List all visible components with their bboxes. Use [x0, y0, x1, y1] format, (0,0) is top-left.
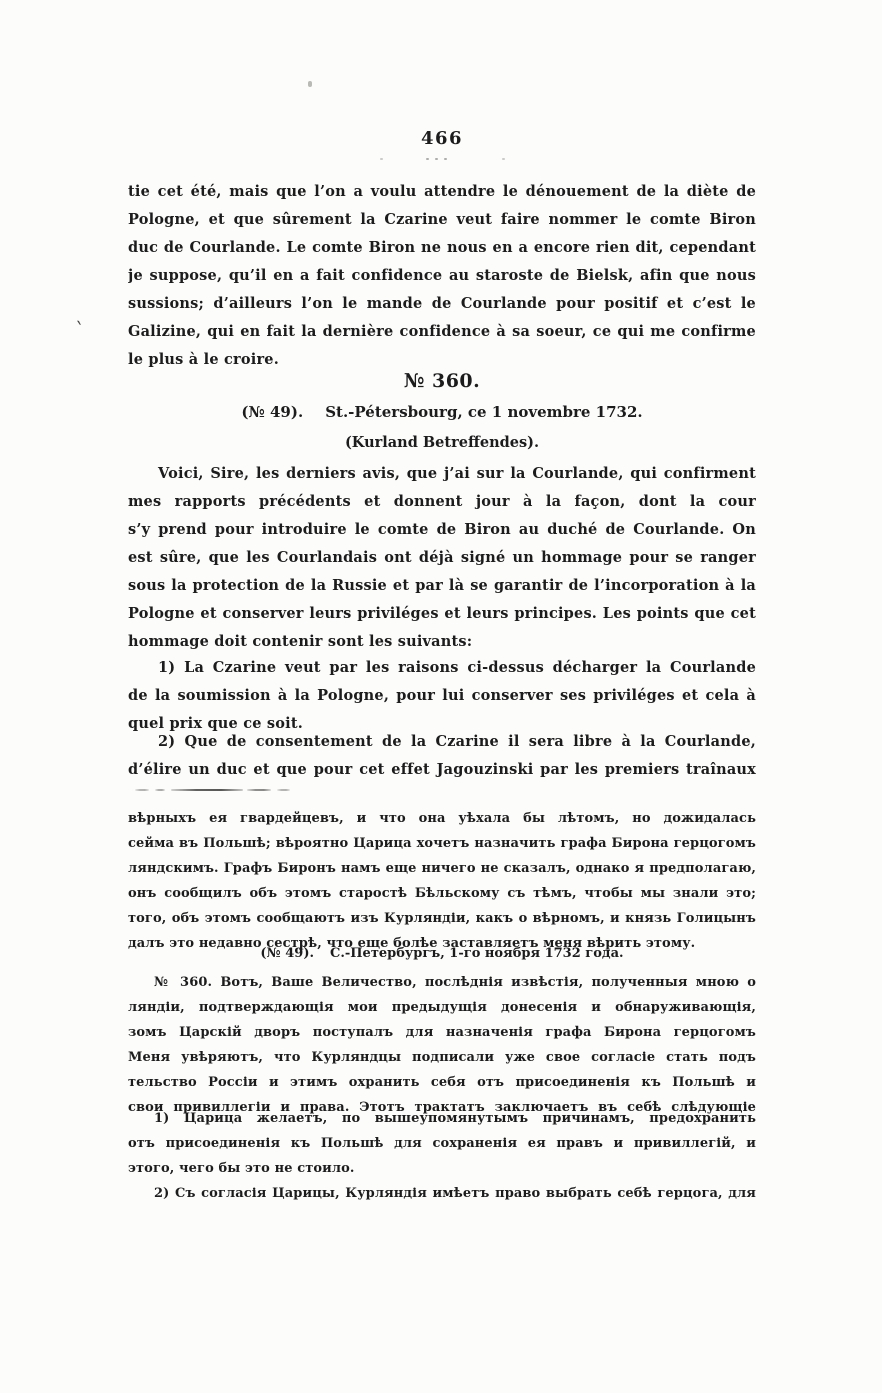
dispatch-ref-russian: (№ 49).	[260, 946, 314, 961]
text-line: сейма въ Польшѣ; вѣроятно Царица хочетъ …	[128, 831, 756, 856]
dateline-french: (№ 49). St.-Pétersbourg, ce 1 novembre 1…	[128, 403, 756, 421]
numbered-point-2-russian: 2) Съ согласія Царицы, Курляндія имѣетъ …	[128, 1181, 756, 1206]
text-line: sussions; d’ailleurs l’on le mande de Co…	[128, 290, 756, 318]
text-line: того, объ этомъ сообщаютъ изъ Курляндіи,…	[128, 906, 756, 931]
text-line: Меня увѣряютъ, что Курляндцы подписали у…	[128, 1045, 756, 1070]
text-line: отъ присоединенія къ Польшѣ для сохранен…	[128, 1131, 756, 1156]
page-number: 466	[128, 128, 756, 149]
text-line: je suppose, qu’il en a fait confidence a…	[128, 262, 756, 290]
header-rule-artifact	[128, 158, 756, 162]
footnote-separator-rule	[135, 788, 290, 791]
numbered-point-1-russian: 1) Царица желаетъ, по вышеупомянутымъ пр…	[128, 1106, 756, 1181]
dispatch-ref: (№ 49).	[241, 403, 303, 421]
text-line: tie cet été, mais que l’on a voulu atten…	[128, 178, 756, 206]
text-line: 1) La Czarine veut par les raisons ci-de…	[128, 654, 756, 682]
text-line: ляндскимъ. Графъ Биронъ намъ еще ничего …	[128, 856, 756, 881]
text-line: Galizine, qui en fait la dernière confid…	[128, 318, 756, 346]
dispatch-place-date: St.-Pétersbourg, ce 1 novembre 1732.	[325, 403, 642, 421]
footnote-continuation-russian: вѣрныхъ ея гвардейцевъ, и что она уѣхала…	[128, 806, 756, 956]
text-line: Pologne et conserver leurs priviléges et…	[128, 600, 756, 628]
text-line: Voici, Sire, les derniers avis, que j’ai…	[128, 460, 756, 488]
text-line: зомъ Царскій дворъ поступалъ для назначе…	[128, 1020, 756, 1045]
text-line: s’y prend pour introduire le comte de Bi…	[128, 516, 756, 544]
text-line: № 360. Вотъ, Ваше Величество, послѣднія …	[128, 970, 756, 995]
entry-number-heading: № 360.	[128, 370, 756, 392]
text-line: mes rapports précédents et donnent jour …	[128, 488, 756, 516]
text-line: hommage doit contenir sont les suivants:	[128, 628, 756, 656]
text-line: sous la protection de la Russie et par l…	[128, 572, 756, 600]
dateline-russian: (№ 49). С.-Петербургъ, 1-го ноября 1732 …	[128, 946, 756, 961]
footnote-intro-russian: № 360. Вотъ, Ваше Величество, послѣднія …	[128, 970, 756, 1120]
text-line: 2) Съ согласія Царицы, Курляндія имѣетъ …	[128, 1181, 756, 1206]
text-line: 1) Царица желаетъ, по вышеупомянутымъ пр…	[128, 1106, 756, 1131]
text-line: онъ сообщилъ объ этомъ старостѣ Бѣльском…	[128, 881, 756, 906]
scan-artifact-tick: `	[72, 317, 85, 342]
numbered-point-2-french: 2) Que de consentement de la Czarine il …	[128, 728, 756, 784]
scanned-book-page: 466 ` tie cet été, mais que l’on a voulu…	[0, 0, 882, 1393]
text-line: de la soumission à la Pologne, pour lui …	[128, 682, 756, 710]
text-line: 2) Que de consentement de la Czarine il …	[128, 728, 756, 756]
subject-line: (Kurland Betreffendes).	[128, 434, 756, 451]
text-line: ляндіи, подтверждающія мои предыдущія до…	[128, 995, 756, 1020]
text-line: duc de Courlande. Le comte Biron ne nous…	[128, 234, 756, 262]
scan-artifact-dot	[308, 81, 312, 87]
paragraph-continuation-french: tie cet été, mais que l’on a voulu atten…	[128, 178, 756, 374]
text-line: d’élire un duc et que pour cet effet Jag…	[128, 756, 756, 784]
paragraph-intro-french: Voici, Sire, les derniers avis, que j’ai…	[128, 460, 756, 656]
numbered-point-1-french: 1) La Czarine veut par les raisons ci-de…	[128, 654, 756, 738]
text-line: est sûre, que les Courlandais ont déjà s…	[128, 544, 756, 572]
text-line: тельство Россіи и этимъ охранить себя от…	[128, 1070, 756, 1095]
text-line: этого, чего бы это не стоило.	[128, 1156, 756, 1181]
text-line: вѣрныхъ ея гвардейцевъ, и что она уѣхала…	[128, 806, 756, 831]
text-line: Pologne, et que sûrement la Czarine veut…	[128, 206, 756, 234]
dispatch-place-date-russian: С.-Петербургъ, 1-го ноября 1732 года.	[330, 946, 624, 961]
